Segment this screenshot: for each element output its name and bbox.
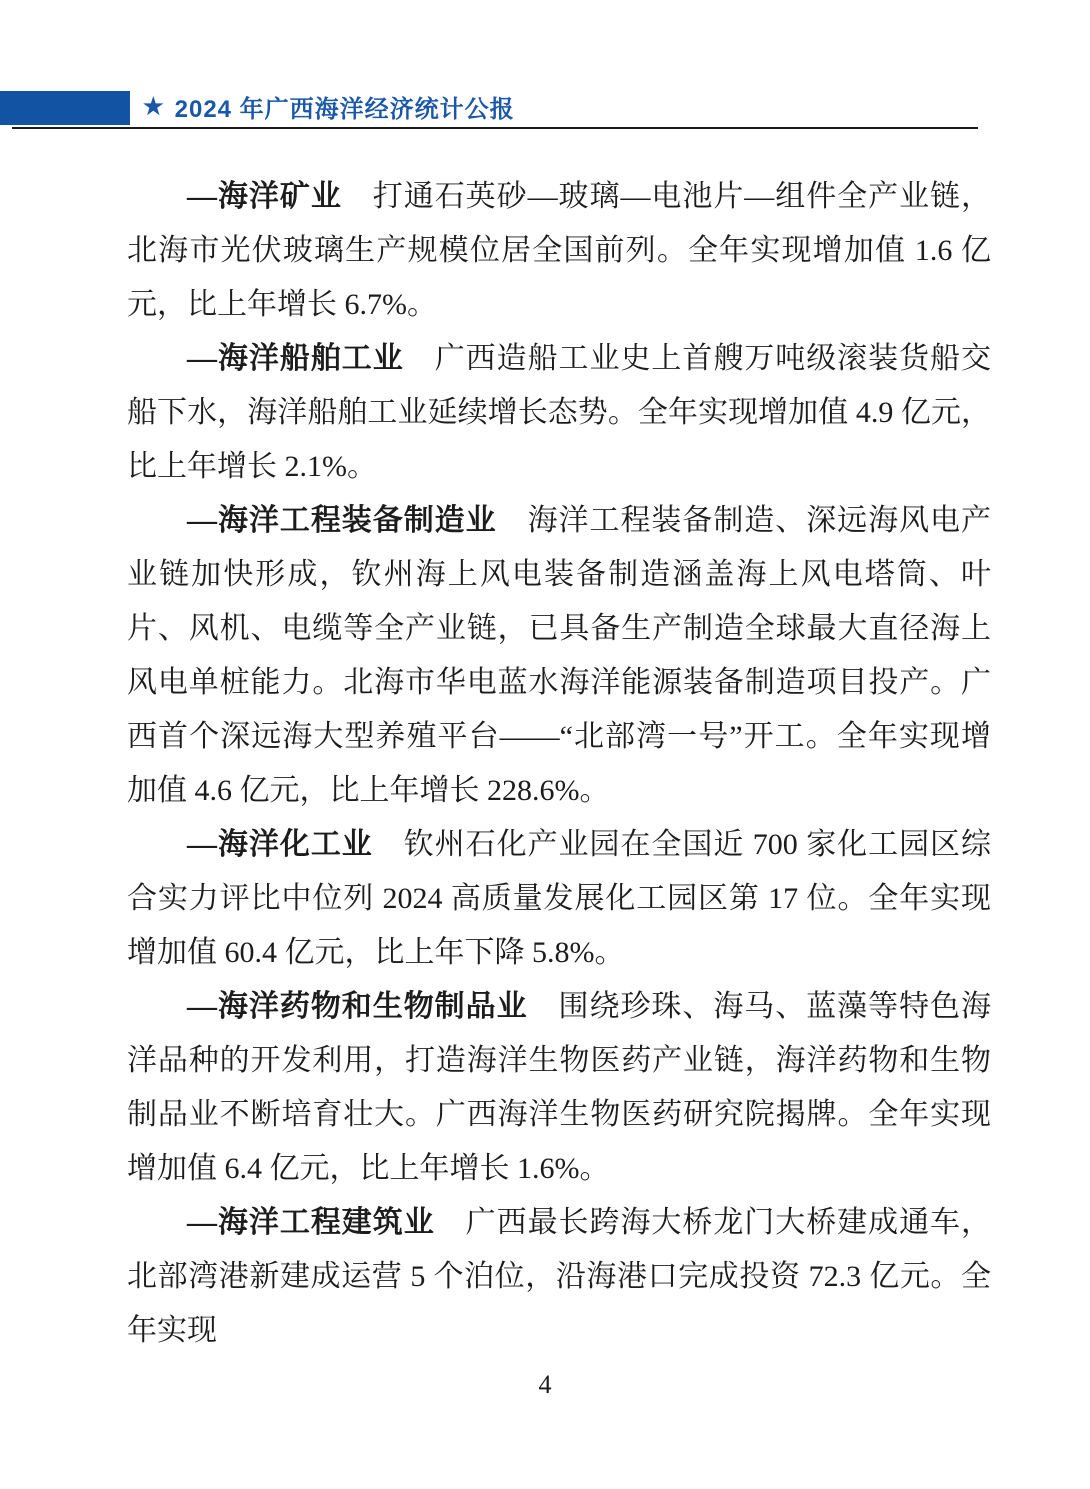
paragraph-lead: —海洋化工业	[187, 828, 373, 861]
paragraph-lead: —海洋工程装备制造业	[187, 504, 497, 537]
header-title: 2024 年广西海洋经济统计公报	[175, 89, 515, 124]
paragraph-marine-shipbuilding: —海洋船舶工业 广西造船工业史上首艘万吨级滚装货船交船下水，海洋船舶工业延续增长…	[127, 332, 991, 494]
paragraph-marine-chemical: —海洋化工业 钦州石化产业园在全国近 700 家化工园区综合实力评比中位列 20…	[127, 818, 991, 980]
header-accent-bar	[0, 91, 130, 125]
header-rule	[12, 127, 978, 129]
document-body: —海洋矿业 打通石英砂—玻璃—电池片—组件全产业链，北海市光伏玻璃生产规模位居全…	[127, 170, 991, 1358]
star-icon: ★	[143, 93, 165, 120]
paragraph-marine-construction: —海洋工程建筑业 广西最长跨海大桥龙门大桥建成通车，北部湾港新建成运营 5 个泊…	[127, 1196, 991, 1358]
page-number: 4	[0, 1368, 1090, 1402]
paragraph-marine-engineering-equipment: —海洋工程装备制造业 海洋工程装备制造、深远海风电产业链加快形成，钦州海上风电装…	[127, 494, 991, 818]
paragraph-text: 海洋工程装备制造、深远海风电产业链加快形成，钦州海上风电装备制造涵盖海上风电塔筒…	[127, 504, 991, 807]
paragraph-marine-biomedicine: —海洋药物和生物制品业 围绕珍珠、海马、蓝藻等特色海洋品种的开发利用，打造海洋生…	[127, 980, 991, 1196]
paragraph-lead: —海洋船舶工业	[187, 342, 404, 375]
document-page: ★ 2024 年广西海洋经济统计公报 —海洋矿业 打通石英砂—玻璃—电池片—组件…	[0, 0, 1090, 1489]
paragraph-marine-mining: —海洋矿业 打通石英砂—玻璃—电池片—组件全产业链，北海市光伏玻璃生产规模位居全…	[127, 170, 991, 332]
paragraph-lead: —海洋工程建筑业	[187, 1206, 435, 1239]
paragraph-lead: —海洋矿业	[187, 180, 342, 213]
paragraph-lead: —海洋药物和生物制品业	[187, 990, 528, 1023]
page-header: ★ 2024 年广西海洋经济统计公报	[143, 89, 515, 123]
